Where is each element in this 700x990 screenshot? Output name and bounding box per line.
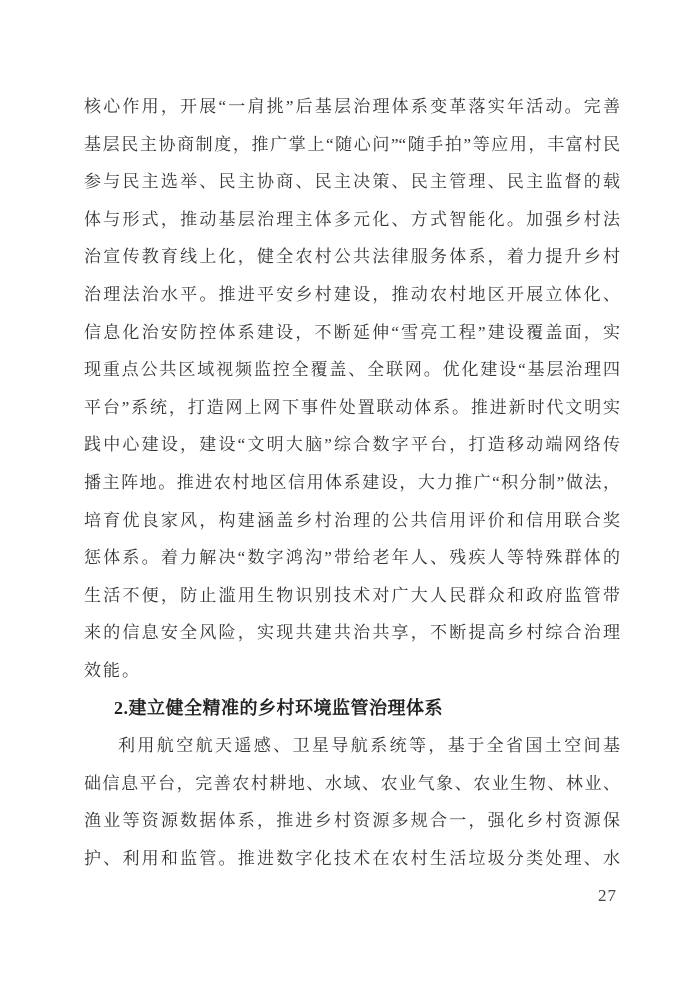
document-page: 核心作用，开展“一肩挑”后基层治理体系变革落实年活动。完善 基层民主协商制度，推… xyxy=(0,0,700,990)
text-line: 生活不便，防止滥用生物识别技术对广大人民群众和政府监管带 xyxy=(84,577,620,615)
text-line: 培育优良家风，构建涵盖乡村治理的公共信用评价和信用联合奖 xyxy=(84,502,620,540)
text-line: 渔业等资源数据体系，推进乡村资源多规合一，强化乡村资源保 xyxy=(84,802,620,840)
text-line: 播主阵地。推进农村地区信用体系建设，大力推广“积分制”做法， xyxy=(84,464,620,502)
text-line: 践中心建设，建设“文明大脑”综合数字平台，打造移动端网络传 xyxy=(84,426,620,464)
text-line: 信息化治安防控体系建设，不断延伸“雪亮工程”建设覆盖面，实 xyxy=(84,314,620,352)
text-line: 利用航空航天遥感、卫星导航系统等，基于全省国土空间基 xyxy=(84,727,620,765)
body-text: 核心作用，开展“一肩挑”后基层治理体系变革落实年活动。完善 基层民主协商制度，推… xyxy=(84,88,620,877)
text-line: 来的信息安全风险，实现共建共治共享，不断提高乡村综合治理 xyxy=(84,614,620,652)
text-line: 效能。 xyxy=(84,652,620,690)
text-line: 护、利用和监管。推进数字化技术在农村生活垃圾分类处理、水 xyxy=(84,840,620,878)
text-line: 惩体系。着力解决“数字鸿沟”带给老年人、残疾人等特殊群体的 xyxy=(84,539,620,577)
text-line: 现重点公共区域视频监控全覆盖、全联网。优化建设“基层治理四 xyxy=(84,351,620,389)
page-number: 27 xyxy=(598,886,617,906)
text-line: 平台”系统，打造网上网下事件处置联动体系。推进新时代文明实 xyxy=(84,389,620,427)
text-line: 体与形式，推动基层治理主体多元化、方式智能化。加强乡村法 xyxy=(84,201,620,239)
text-line: 治宣传教育线上化，健全农村公共法律服务体系，着力提升乡村 xyxy=(84,238,620,276)
text-line: 治理法治水平。推进平安乡村建设，推动农村地区开展立体化、 xyxy=(84,276,620,314)
text-line: 核心作用，开展“一肩挑”后基层治理体系变革落实年活动。完善 xyxy=(84,88,620,126)
section-heading: 2.建立健全精准的乡村环境监管治理体系 xyxy=(84,690,620,728)
text-line: 参与民主选举、民主协商、民主决策、民主管理、民主监督的载 xyxy=(84,163,620,201)
text-line: 础信息平台，完善农村耕地、水域、农业气象、农业生物、林业、 xyxy=(84,765,620,803)
text-line: 基层民主协商制度，推广掌上“随心问”“随手拍”等应用，丰富村民 xyxy=(84,126,620,164)
